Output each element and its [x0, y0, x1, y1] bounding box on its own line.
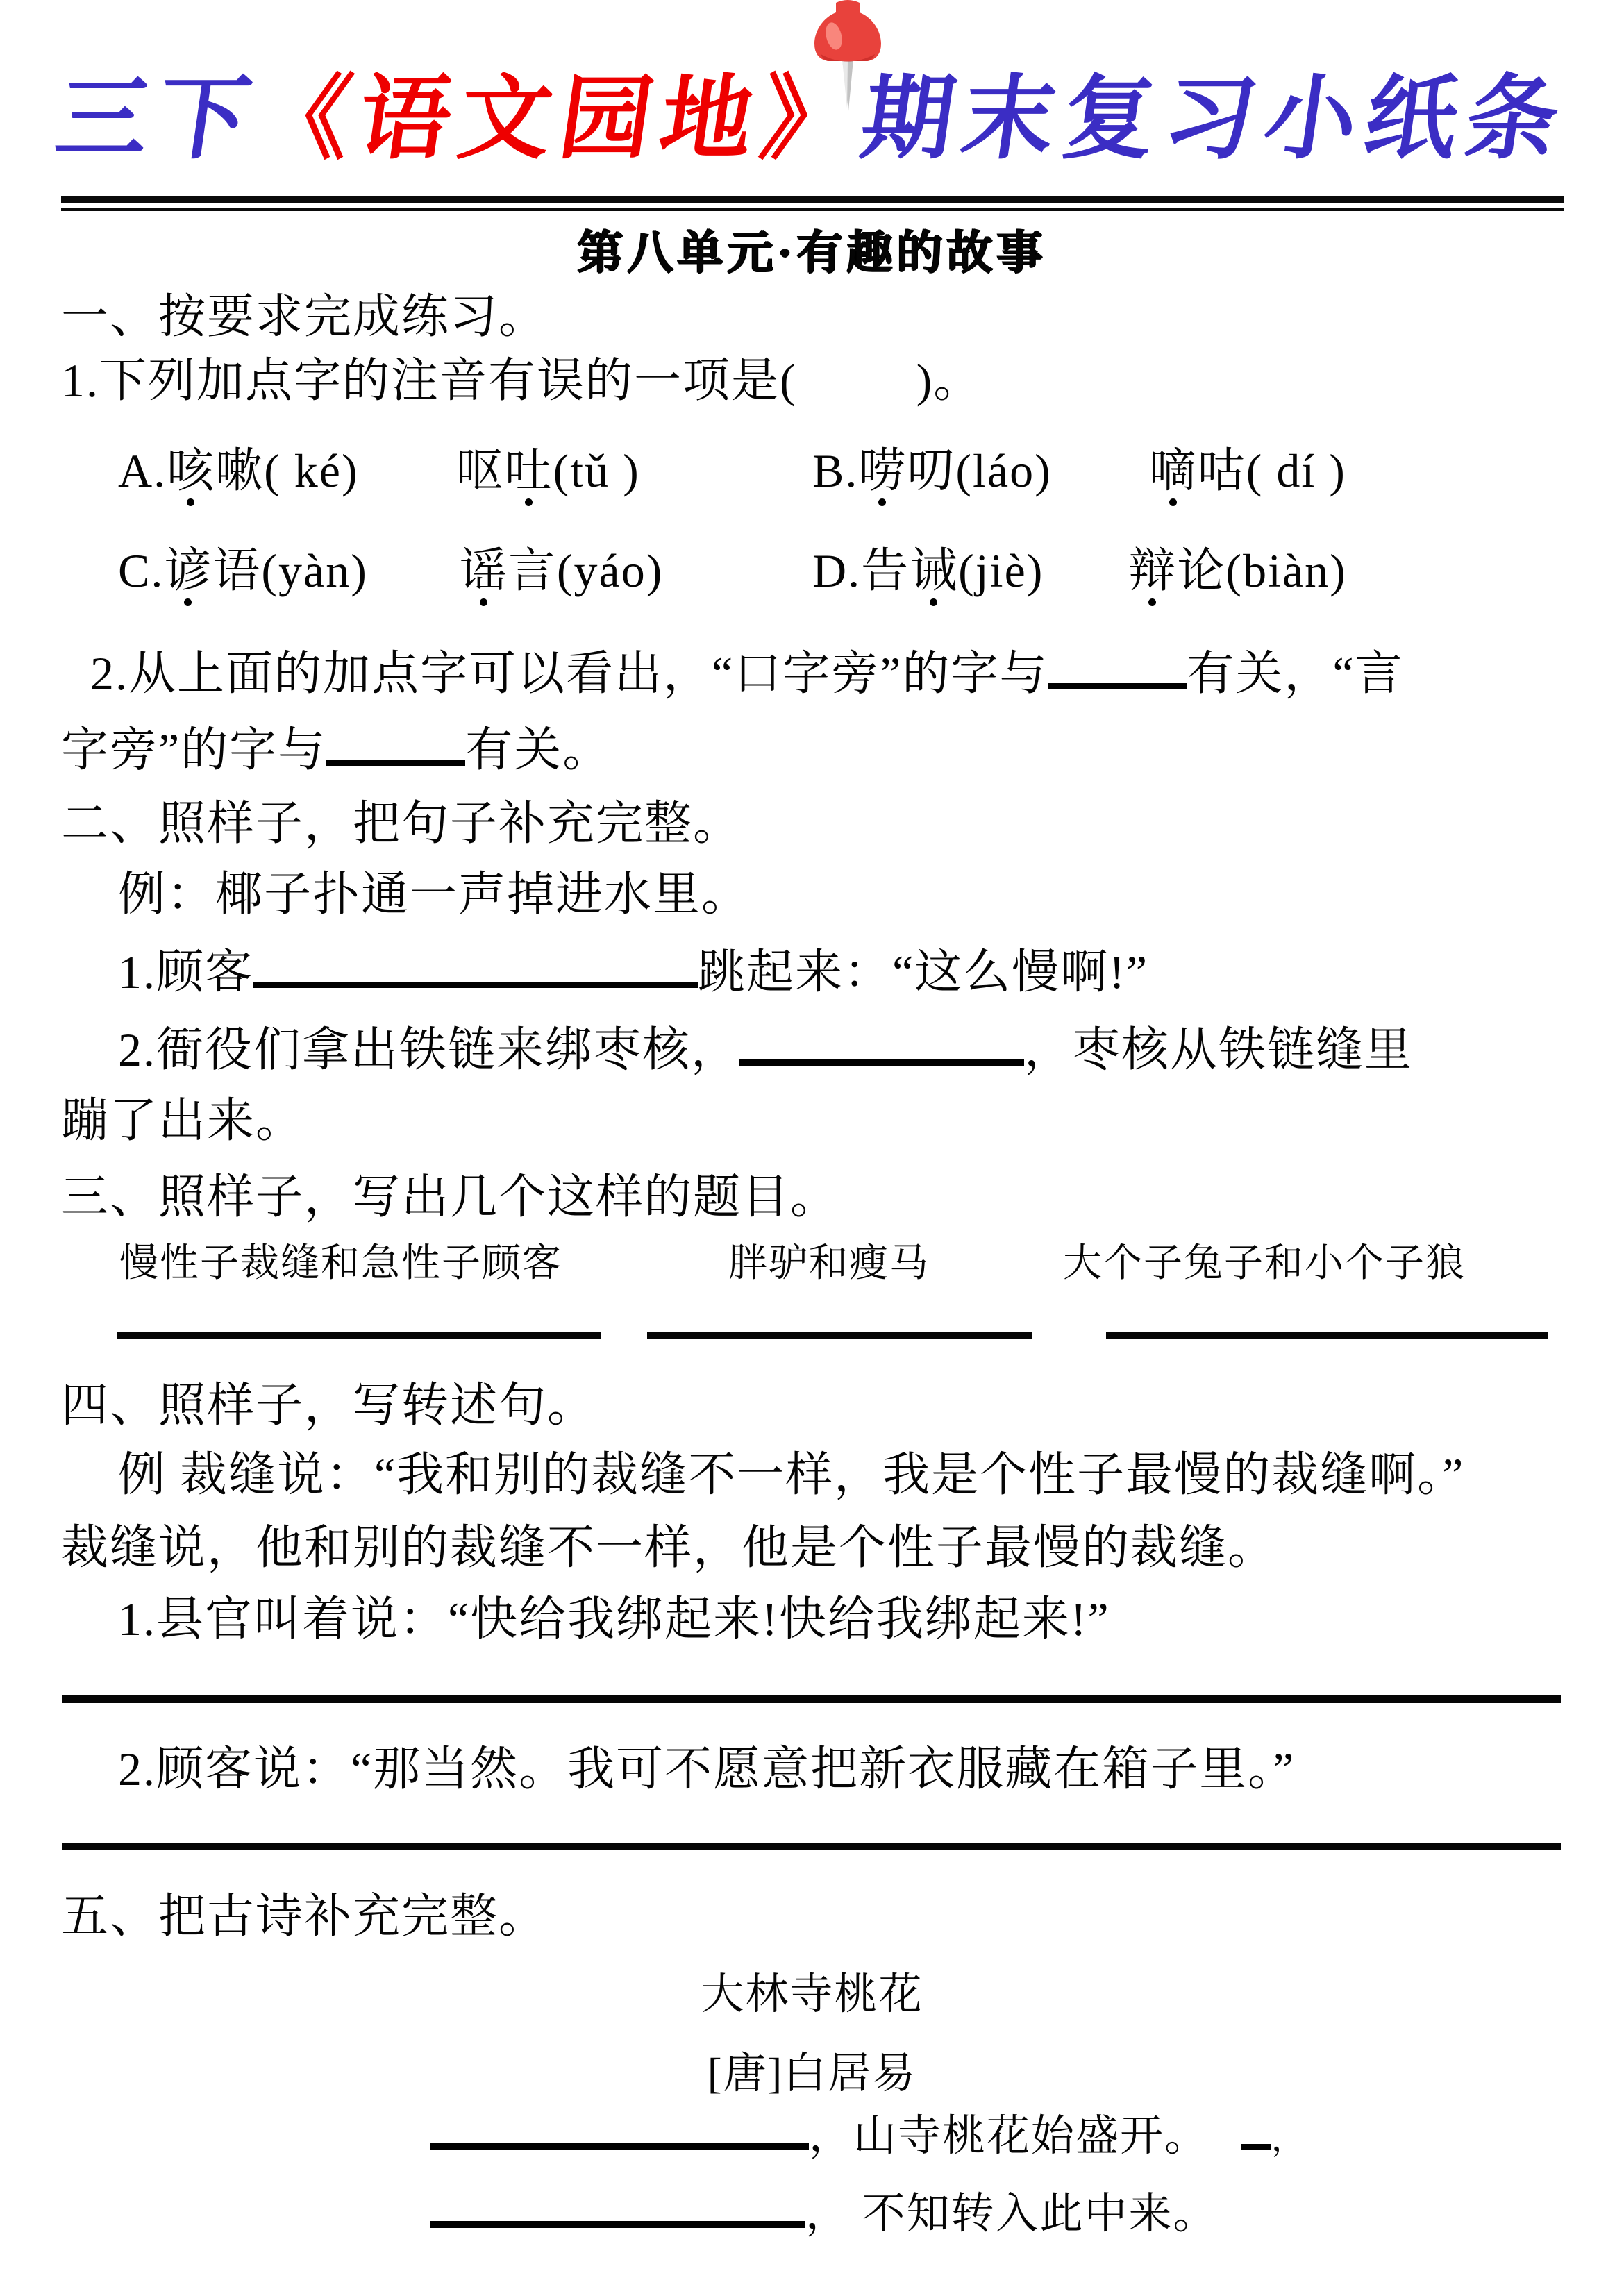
section4-q1: 1.县官叫着说：“快给我绑起来!快给我绑起来!”: [118, 1594, 1110, 1645]
fill-blank: [1048, 644, 1187, 689]
section3-heading: 三、照样子，写出几个这样的题目。: [61, 1172, 839, 1223]
dotted-char: 唠: [858, 446, 907, 496]
dotted-char: 谣: [460, 546, 508, 596]
option-d: D.告诫(jiè)辩论(biàn): [812, 546, 1347, 596]
dotted-char: 谚: [164, 546, 212, 596]
unit-heading: 第八单元·有趣的故事: [0, 215, 1624, 281]
pushpin-head: [814, 0, 881, 61]
stray-comma: ，: [1271, 2121, 1306, 2158]
section2-q2-cont: 蹦了出来。: [61, 1096, 304, 1146]
section4-q2: 2.顾客说：“那当然。我可不愿意把新衣服藏在箱子里。”: [118, 1744, 1295, 1795]
fill-blank: [430, 2186, 805, 2228]
dotted-char: 辩: [1128, 546, 1177, 596]
dotted-char: 咳: [167, 446, 215, 496]
answer-line: [117, 1332, 601, 1339]
fill-blank: [253, 943, 698, 988]
question-2-line1: 2.从上面的加点字可以看出，“口字旁”的字与有关，“言: [90, 644, 1404, 699]
title-part-book: 《语文园地》: [251, 68, 870, 170]
poem-line-2: ， 不知转入此中来。: [430, 2186, 1218, 2238]
answer-line: [1106, 1332, 1548, 1339]
poem-author: [唐]白居易: [0, 2051, 1624, 2097]
fill-blank-small: [1241, 2109, 1271, 2150]
pushpin-icon: [811, 0, 885, 117]
dotted-char: 嘀: [1149, 446, 1198, 496]
worksheet-page: 三下《语文园地》期末复习小纸条 第八单元·有趣的故事 一、按要求完成练习。 1.…: [0, 0, 1624, 2296]
option-c: C.谚语(yàn)谣言(yáo): [118, 546, 663, 596]
question-1-stem: 1.下列加点字的注音有误的一项是()。: [61, 355, 982, 406]
option-a: A.咳嗽( ké)呕吐(tǔ ): [118, 446, 640, 496]
section2-example: 例：椰子扑通一声掉进水里。: [118, 869, 750, 920]
section2-q1: 1.顾客跳起来：“这么慢啊!”: [118, 943, 1148, 998]
option-d-label: D.: [812, 544, 861, 597]
section2-q2: 2.衙役们拿出铁链来绑枣核，，枣核从铁链缝里: [118, 1021, 1413, 1075]
poem-title: 大林寺桃花: [0, 1972, 1624, 2018]
section4-example-line2: 裁缝说，他和别的裁缝不一样，他是个性子最慢的裁缝。: [61, 1523, 1276, 1573]
option-b-label: B.: [812, 444, 858, 497]
title-part-review: 期末复习小纸条: [855, 68, 1575, 170]
fill-blank: [430, 2108, 809, 2150]
dotted-char: 诫: [910, 546, 958, 596]
option-c-label: C.: [118, 544, 164, 597]
fill-blank: [739, 1021, 1024, 1066]
section2-heading: 二、照样子，把句子补充完整。: [61, 798, 742, 849]
section4-heading: 四、照样子，写转述句。: [61, 1380, 596, 1431]
fill-blank: [326, 721, 465, 766]
section5-heading: 五、把古诗补充完整。: [61, 1891, 547, 1942]
answer-line: [62, 1843, 1561, 1850]
section3-example-2: 胖驴和瘦马: [728, 1243, 930, 1284]
answer-line: [647, 1332, 1032, 1339]
section3-example-3: 大个子兔子和小个子狼: [1063, 1243, 1466, 1284]
question-1-stem-text: 1.下列加点字的注音有误的一项是(: [61, 354, 797, 407]
title-divider: [61, 196, 1564, 211]
question-1-stem-close: )。: [916, 354, 982, 407]
poem-line-1: ，山寺桃花始盛开。，: [430, 2108, 1306, 2160]
section1-heading: 一、按要求完成练习。: [61, 292, 547, 342]
title-part-grade: 三下: [50, 68, 266, 170]
section4-example-line1: 例 裁缝说：“我和别的裁缝不一样，我是个性子最慢的裁缝啊。”: [118, 1450, 1464, 1500]
section3-example-1: 慢性子裁缝和急性子顾客: [119, 1243, 562, 1284]
answer-line: [62, 1695, 1561, 1703]
option-a-label: A.: [118, 444, 167, 497]
question-2-line2: 字旁”的字与有关。: [61, 721, 611, 776]
option-b: B.唠叨(láo)嘀咕( dí ): [812, 446, 1346, 496]
pushpin-needle-highlight: [842, 60, 848, 108]
dotted-char: 吐: [505, 446, 553, 496]
